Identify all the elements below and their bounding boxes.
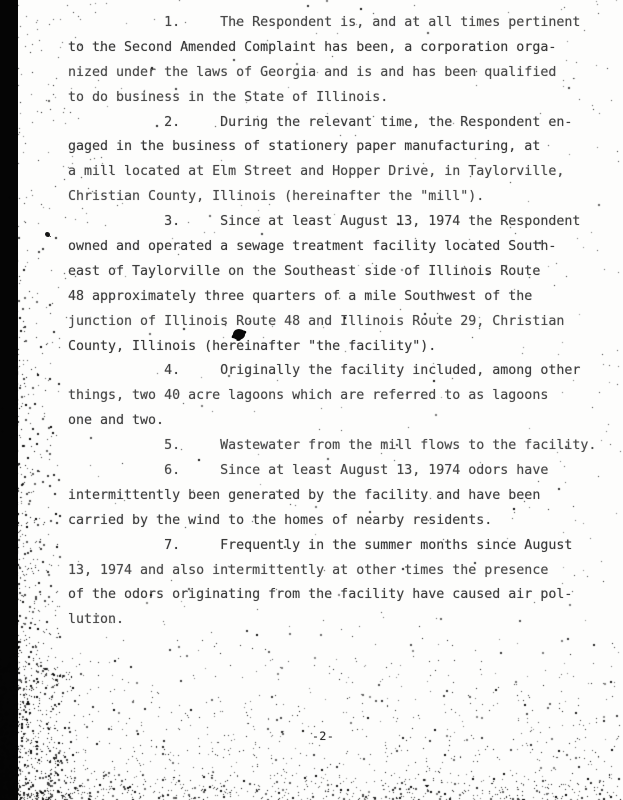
document-line: 5. Wastewater from the mill flows to the… — [68, 434, 596, 459]
document-line: one and two. — [68, 409, 596, 434]
scan-edge-black-band — [0, 0, 18, 800]
page-number: -2- — [312, 729, 334, 743]
document-line: 13, 1974 and also intermittently at othe… — [68, 559, 596, 584]
document-line: lution. — [68, 608, 596, 633]
document-text: 1. The Respondent is, and at all times p… — [68, 11, 596, 633]
document-line: a mill located at Elm Street and Hopper … — [68, 160, 596, 185]
document-line: 6. Since at least August 13, 1974 odors … — [68, 459, 596, 484]
document-line: gaged in the business of stationery pape… — [68, 135, 596, 160]
ink-speck-artifact — [45, 232, 50, 237]
document-line: junction of Illinois Route 48 and Illino… — [68, 310, 596, 335]
document-line: nized under the laws of Georgia and is a… — [68, 61, 596, 86]
document-line: Christian County, Illinois (hereinafter … — [68, 185, 596, 210]
document-line: of the odors originating from the facili… — [68, 583, 596, 608]
scanned-document-page: 1. The Respondent is, and at all times p… — [0, 0, 623, 800]
document-line: owned and operated a sewage treatment fa… — [68, 235, 596, 260]
document-line: carried by the wind to the homes of near… — [68, 509, 596, 534]
document-line: to do business in the State of Illinois. — [68, 86, 596, 111]
document-line: to the Second Amended Complaint has been… — [68, 36, 596, 61]
document-line: 1. The Respondent is, and at all times p… — [68, 11, 596, 36]
document-line: 4. Originally the facility included, amo… — [68, 359, 596, 384]
document-line: 48 approximately three quarters of a mil… — [68, 285, 596, 310]
document-line: intermittently been generated by the fac… — [68, 484, 596, 509]
document-line: 7. Frequently in the summer months since… — [68, 534, 596, 559]
document-line: County, Illinois (hereinafter "the facil… — [68, 335, 596, 360]
document-line: 2. During the relevant time, the Respond… — [68, 111, 596, 136]
document-line: 3. Since at least August 13, 1974 the Re… — [68, 210, 596, 235]
document-line: things, two 40 acre lagoons which are re… — [68, 384, 596, 409]
document-line: east of Taylorville on the Southeast sid… — [68, 260, 596, 285]
